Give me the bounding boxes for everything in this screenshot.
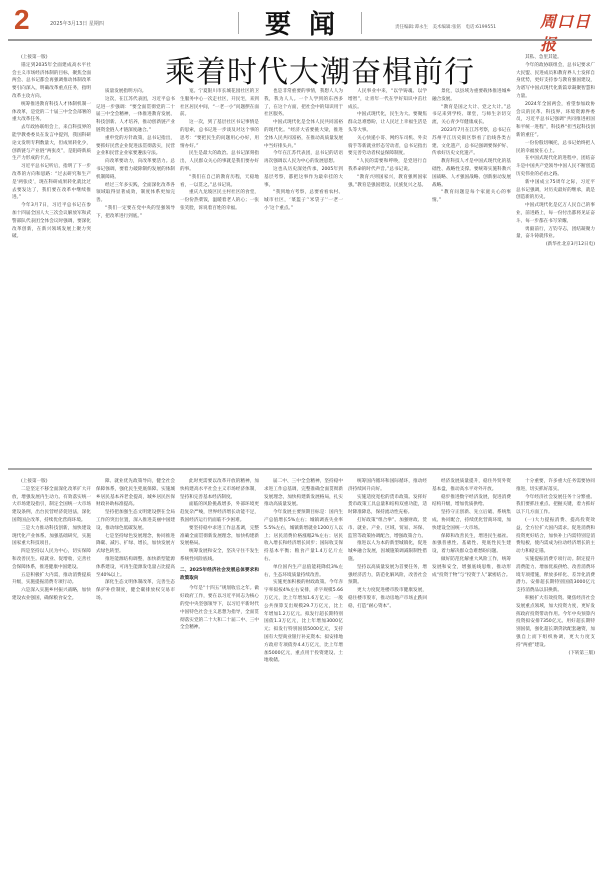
masthead: 2 2025年3月13日 星期四 要闻 责任编辑:谭永生 美术编辑:张铭 电话:… [0, 0, 600, 40]
paragraph: 中国式现代化是亿万人民自己的事业，前进路上，每一份付出都将见证奋斗、每一步都在书… [516, 202, 595, 225]
paragraph: 障、就业优先政策导向，健全社会保障体系，强化民生兜底保障。实施城乡居民基本养老金… [96, 478, 175, 509]
paragraph: 打好政策“组合拳”。加强财政、货币、就业、产业、区域、贸易、环保、监管等政策协调… [348, 517, 427, 540]
paragraph: “教育兴则国家兴，教育强则国家强。”教育是强国建设、民族复兴之基。 [348, 174, 427, 190]
article-column: 质量发展指明方向。这次，在江苏代表团，习近平总书记进一步强调：“要全面贯彻党的二… [96, 88, 175, 464]
paragraph: 经济发展质量提升，稳住外贸外资基本盘，推动高水平对外开放。 [432, 478, 511, 494]
paragraph: 推进以人为本的新型城镇化，促进城乡融合发展，因城施策调减限制性措施。 [348, 540, 427, 563]
paragraph: 四是坚持以人民为中心，切实保障和改善民生。稳就业、促增收，完善社会保障体系，推进… [12, 548, 91, 571]
paragraph: (上接第一版) [12, 478, 91, 486]
article-column: 障、就业优先政策导向，健全社会保障体系，强化民生兜底保障。实施城乡居民基本养老金… [96, 478, 175, 878]
paragraph: 今年发展主要预期目标是：国内生产总值增长5%左右；城镇调查失业率5.5%左右，城… [264, 509, 343, 564]
paragraph: 一份份殷切嘱托，总书记始终把人民的幸福放在心上。 [516, 140, 595, 156]
article-column: 景化，以县域为重要载体推进城乡融合发展。“教育是国之大计、党之大计。”总书记来到… [432, 88, 511, 464]
paragraph: 面临的风险挑战增多，外部环境更趋复杂严峻，世界经济增长动能不足，我国经济运行仍面… [180, 501, 259, 524]
section-title: 要闻 [265, 4, 353, 41]
paragraph: 宽。宁夏银川市长城花园社区的卫生服务中心一次走社区，开民宅，来到社区居民中间，“… [180, 88, 259, 119]
article-column: 其私、急里其能。今年的政协联组会，总书记要求广大民盟、民进成员和教育界人士发挥自… [516, 54, 595, 464]
paragraph: 中国式现代化，民生为大。要聚焦群众急难愁盼，让人民过上幸福生活是头等大事。 [348, 111, 427, 134]
paragraph: 重申党的方针政策，总书记指出，要抓好民营企业促进法贯彻落实，民营企业和民营企业家… [96, 135, 175, 158]
article-column: 也是非常重要的事情，我想人人为我，我为人人。一个人学到的东西多了，在这个方面，把… [264, 88, 343, 464]
paragraph: “教育是国之大计、党之大计。”总书记来到学校、课堂，与师生亲切交流，关心青少年健… [432, 104, 511, 127]
article-column: 此时更需要以改革开放的精神，加快构建高水平社会主义市场经济体制，坚持和完善基本经… [180, 478, 259, 878]
paragraph: 新中国成立75周年之际，习近平总书记强调，对历史最好的继承，就是创造新的历史。 [516, 179, 595, 202]
paragraph: 质量发展指明方向。 [96, 88, 175, 96]
paragraph: 坚持以高质量发展为首要任务，增强经济活力，防范化解风险，改善社会预期。 [348, 564, 427, 587]
paragraph: 向改革要动力，向改革要活力。总书记强调，要着力破除制约发展的体制机制障碍。 [96, 158, 175, 181]
paragraph: 2024年全国两会，看望参加政协会议的民革、科技界、环境资源界委员，习近平总书记… [516, 101, 595, 140]
paragraph: 三是大力推动科技创新，加快建设现代化产业体系。加强基础研究，实施国家重大科技项目… [12, 525, 91, 548]
paragraph: 实施提振消费专项行动。制定提升消费能力、增加优质供给、改善消费环境专项措施，释放… [516, 556, 595, 595]
byline-credit: (下转第三版) [516, 650, 595, 658]
paragraph: 勇毅前行，万钧夺志，团结凝聚力量，奋斗铸就伟业。 [516, 226, 595, 242]
paragraph: 关心快递小哥、网约车司机、外卖骑手等新就业形态劳动者，总书记指出要完善劳动者权益… [348, 135, 427, 158]
article-column: (上接第一版)二是坚定不移全面深化改革扩大开放，增强发展内生动力。有效落实统一大… [12, 478, 91, 878]
paragraph: 单位国内生产总值能耗降低3%左右，生态环境质量持续改善。 [264, 564, 343, 580]
paragraph: 实施适度宽松的货币政策。发挥好货币政策工具总量和结构双重功能，适时降准降息，保持… [348, 494, 427, 517]
article-column: 宽。宁夏银川市长城花园社区的卫生服务中心一次走社区，开民宅，来到社区居民中间，“… [180, 88, 259, 464]
article-column: (上接第一版)锚定到2035年全面建成高水平社会主义市场经济体制的目标，聚焦全面… [12, 54, 91, 464]
article-column: 经济发展质量提升，稳住外贸外资基本盘，推动高水平对外开放。稳步推进数字经济发展，… [432, 478, 511, 878]
paragraph: 中国式现代化是全体人民共同富裕的现代化。“经济大省要挑大梁，推进全体人民共同富裕… [264, 119, 343, 150]
paragraph: 推进能源结构调整，加快新型能源体系建设，可再生能源发电量占比提高至40%以上。 [96, 556, 175, 579]
paragraph: 锚定到2035年全面建成高水平社会主义市场经济体制的目标，聚焦全面两会、总书记都… [12, 62, 91, 101]
paragraph: 经过三年多实践，全面深化改革各领域取得显著成效，制度体系更加完善。 [96, 182, 175, 205]
paragraph: 这次，在江苏代表团，习近平总书记进一步强调：“要全面贯彻党的二十届三中全会精神，… [96, 96, 175, 135]
paragraph: 积极扩大有效投资。聚焦经济社会发展重点领域，加大投资力度，更好发挥政府投资带动作… [516, 595, 595, 650]
paragraph: 其私、急里其能。 [516, 54, 595, 62]
paragraph: 届二中、三中全会精神，坚持稳中求进工作总基调，完整准确全面贯彻新发展理念，加快构… [264, 478, 343, 509]
paragraph: 深化生态文明体制改革，完善生态保护补偿制度，健全碳排放权交易市场。 [96, 579, 175, 602]
page-number: 2 [14, 4, 30, 36]
headline: 乘着时代大潮奋楫前行 [165, 47, 475, 91]
paragraph: 景化，以县域为重要载体推进城乡融合发展。 [432, 88, 511, 104]
paragraph: 重庆九龙坡区民主村社区的食堂，一份份热菜饭，温暖着老人的心；一张张笑脸，诉说着百… [180, 189, 259, 212]
paragraph: 统筹发展和安全，坚决守住不发生系统性风险底线。 [180, 548, 259, 564]
article-column: 统筹国内循环和国际循环，推动经济持续回升向好。实施适度宽松的货币政策。发挥好货币… [348, 478, 427, 878]
paragraph: 七是坚持绿色发展理念，协同推进降碳、减污、扩绿、增长，加快发展方式绿色转型。 [96, 533, 175, 556]
paragraph: 也是非常重要的事情，我想人人为我，我为人人。一个人学到的东西多了，在这个方面，把… [264, 88, 343, 119]
paragraph: 今年经济社会发展任务十分繁重。我们要抓住重点、把握关键，着力抓好以下几方面工作。 [516, 494, 595, 517]
paragraph: 十分重要，许多重大任务需要协同推进，切实抓好落实。 [516, 478, 595, 494]
paragraph: 在中国式现代化的进程中，团结奋斗是中国共产党领导中国人民不断创造历史伟业的必由之… [516, 155, 595, 178]
paragraph: 去年政协联组会上，来自科技界的能学教委委员在发言中提到，我国科研论文发明专利数量… [12, 124, 91, 163]
paragraph: 此时更需要以改革开放的精神，加快构建高水平社会主义市场经济体制，坚持和完善基本经… [180, 478, 259, 501]
article-column: 十分重要，许多重大任务需要协同推进，切实抓好落实。今年经济社会发展任务十分繁重。… [516, 478, 595, 878]
paragraph: 坚持把加强生态文明建设摆在全局工作的突出位置，深入推进美丽中国建设，推动绿色低碳… [96, 509, 175, 532]
paragraph: (上接第一版) [12, 54, 91, 62]
paragraph: 习近平总书记听后，指明了下一步改革的方向和思路：“过去研究和生产是‘两张皮’，现… [12, 163, 91, 202]
paragraph: 做好防范化解重大风险工作，统筹发展和安全，增强底线思维，推动形成“投资于物”与“… [432, 556, 511, 579]
paragraph: 稳步推进数字经济发展，促进消费结构升级，增加优质供给。 [432, 494, 511, 510]
header-rule [8, 39, 592, 41]
article-column: 人民事业中来，“以学铸魂、以学增智”，让青年一代在学好知识中茁壮成长。中国式现代… [348, 88, 427, 464]
newspaper-logo: 周口日报 [540, 9, 600, 55]
paragraph: 今年的政协联组会，总书记要求广大民盟、民进成员和教育界人士发挥自身优势，更好支持… [516, 62, 595, 101]
editor-credits: 责任编辑:谭永生 美术编辑:张铭 电话:6199551 [395, 24, 496, 30]
paragraph: 人民事业中来，“以学铸魂、以学增智”，让青年一代在学好知识中茁壮成长。 [348, 88, 427, 111]
paragraph: “我们一定要在党中央的坚强领导下，把改革进行到底。” [96, 205, 175, 221]
paragraph: 要坚持稳中求进工作总基调，完整准确全面贯彻新发展理念，加快构建新发展格局。 [180, 525, 259, 548]
paragraph: 实施更加积极的财政政策。今年赤字率拟按4%左右安排，赤字规模5.66万亿元，比上… [264, 579, 343, 665]
issue-date: 2025年3月13日 星期四 [50, 20, 104, 27]
divider [361, 12, 362, 34]
paragraph: 保障和改善民生，增进民生福祉。加强普惠性、基础性、兜底性民生建设，着力解决群众急… [432, 533, 511, 556]
paragraph: 今年在江苏代表团，总书记的话语再次强调以人民为中心的发展思想。 [264, 150, 343, 166]
paragraph: 2023年7月在江苏考察，总书记在苏州平江历史街区察看了沿线各类古建、文化遗产，… [432, 127, 511, 158]
paragraph: 统筹国内循环和国际循环，推动经济持续回升向好。 [348, 478, 427, 494]
paragraph: “人民的需要和呼唤，是党进行自我革命的时代声音。”总书记说。 [348, 158, 427, 174]
paragraph: 二是坚定不移全面深化改革扩大开放，增强发展内生动力。有效落实统一大市场建设指引，… [12, 486, 91, 525]
paragraph: “我到地方考察，总要看看农村、城市社区，‘菜篮子’‘米袋子’‘一老一小’这个重点… [264, 189, 343, 212]
paragraph: “我们在自己的教育历程，天稳地看，一以贯之。”总书记说。 [180, 174, 259, 190]
paragraph: 这一次，到了基层社区书记事情是的思索，总书记进一步谈及对这个事的思考：“要把民生… [180, 119, 259, 150]
section-divider [8, 468, 592, 470]
subheading: 二、2025年经济社会发展总体要求和政策取向 [180, 567, 259, 583]
byline-credit: (新华社北京3月12日电) [516, 241, 595, 249]
paragraph: 今年是“十四五”规划收官之年。做好政府工作，要在以习近平同志为核心的党中央坚强领… [180, 585, 259, 632]
paragraph: 六是深入实施乡村振兴战略，加快建设农业强国，确保粮食安全。 [12, 587, 91, 603]
paragraph: 民生是最大的政治。总书记深刻指出，人民群众关心的事就是我们要办好的事。 [180, 150, 259, 173]
paragraph: 五是积极扩大内需，推动消费提质升级，实施提振消费专项行动。 [12, 572, 91, 588]
paragraph: (一)大力提振消费、提高投资效益，全方位扩大国内需求。促进消费和投资更好结合，加… [516, 517, 595, 556]
paragraph: “教育问题是每个家庭关心的事情。” [432, 189, 511, 205]
paragraph: 统筹推进教育科技人才体制机制一体改革，是党的二十届三中全会部署的重大改革任务。 [12, 101, 91, 124]
paragraph: 这也从历史深处传承，2005年到基层考察，都把这事作为最牵挂的大事。 [264, 166, 343, 189]
article-column: 届二中、三中全会精神，坚持稳中求进工作总基调，完整准确全面贯彻新发展理念，加快构… [264, 478, 343, 878]
paragraph: 坚持守正创新、先立后破、系统集成、协同配合，持续优化营商环境，加快建设全国统一大… [432, 509, 511, 532]
paragraph: 今年3月7日，习近平总书记在参加十四届全国人大三次会议解放军和武警部队代表团全体… [12, 202, 91, 241]
paragraph: 更大力度促进楼市股市健康发展，稳住楼市股市，推动房地产市场止跌回稳，打造“耐心资… [348, 587, 427, 610]
paragraph: 教育科技人才是中国式现代化的基础性、战略性支撑。要统筹实施科教兴国战略、人才强国… [432, 158, 511, 189]
divider [238, 12, 239, 34]
